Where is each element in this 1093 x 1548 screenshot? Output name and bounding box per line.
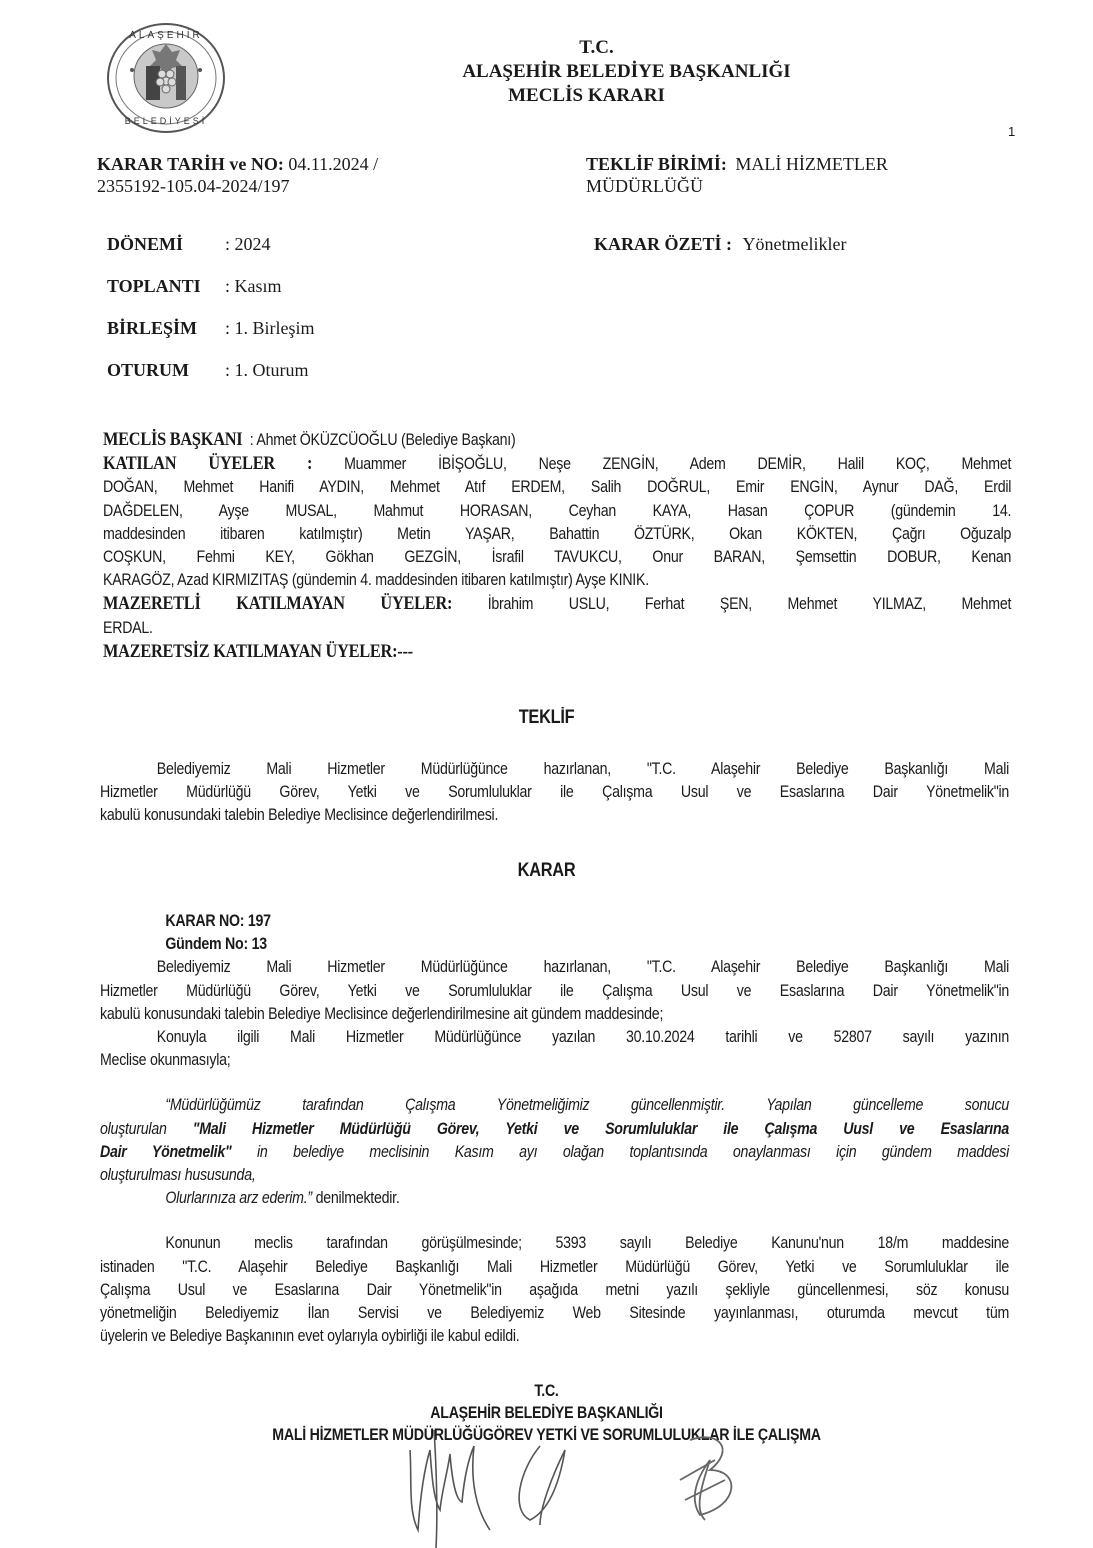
mazeretsiz-label: MAZERETSİZ KATILMAYAN ÜYELER:--- — [103, 641, 413, 662]
oturum-row: OTURUM: 1. Oturum — [107, 359, 309, 381]
karar-ozeti-value: Yönetmelikler — [743, 234, 847, 254]
katilan-line-5: KARAGÖZ, Azad KIRMIZITAŞ (gündemin 4. ma… — [103, 569, 1011, 592]
oturum-label: OTURUM — [107, 359, 225, 381]
katilan-line-4: COŞKUN, Fehmi KEY, Gökhan GEZGİN, İsrafi… — [103, 546, 1011, 569]
mazeretli-line-2: ERDAL. — [103, 617, 1011, 640]
meclis-baskani-value: : Ahmet ÖKÜZCÜOĞLU (Belediye Başkanı) — [250, 431, 516, 449]
quote-line-4: oluşturulması hususunda, — [100, 1164, 1009, 1187]
mazeretli-value: İbrahim USLU, Ferhat ŞEN, Mehmet YILMAZ,… — [488, 595, 1011, 613]
donemi-row: DÖNEMİ: 2024 — [107, 233, 271, 255]
karar-heading: KARAR — [0, 860, 1093, 882]
signature-2-icon — [519, 1446, 565, 1525]
regulation-title-end: Dair Yönetmelik" — [100, 1143, 231, 1161]
karar-p1-line-0: Belediyemiz Mali Hizmetler Müdürlüğünce … — [100, 956, 1009, 979]
katilan-text: Muammer İBİŞOĞLU, Neşe ZENGİN, Adem DEMİ… — [344, 455, 1011, 473]
meclis-baskani-label: MECLİS BAŞKANI — [103, 429, 242, 450]
svg-text:BELEDİYESİ: BELEDİYESİ — [125, 116, 208, 126]
karar-tarih-no: KARAR TARİH ve NO: 04.11.2024 / 2355192-… — [97, 153, 378, 197]
quote-text: in belediye meclisinin Kasım ayı olağan … — [231, 1143, 1009, 1161]
karar-p2-line-0: Konuyla ilgili Mali Hizmetler Müdürlüğün… — [100, 1026, 1009, 1049]
header-decision-title: MECLİS KARARI — [40, 84, 1093, 108]
karar-ozeti-label: KARAR ÖZETİ : — [594, 233, 732, 255]
quote-line-5: Olurlarınıza arz ederim.” denilmektedir. — [100, 1187, 1009, 1210]
teklif-birimi-value-2: MÜDÜRLÜĞÜ — [586, 176, 703, 196]
quote-line-2: oluşturulan "Mali Hizmetler Müdürlüğü Gö… — [100, 1118, 1009, 1141]
teklif-birimi-label: TEKLİF BİRİMİ: — [586, 153, 727, 175]
meclis-baskani-row: MECLİS BAŞKANI : Ahmet ÖKÜZCÜOĞLU (Beled… — [103, 428, 1011, 452]
teklif-line-1: Hizmetler Müdürlüğü Görev, Yetki ve Soru… — [100, 781, 1009, 804]
katilan-line-1: DOĞAN, Mehmet Hanifi AYDIN, Mehmet Atıf … — [103, 476, 1011, 499]
katilan-line-3: maddesinden itibaren katılmıştır) Metin … — [103, 523, 1011, 546]
karar-no-value: 2355192-105.04-2024/197 — [97, 176, 290, 196]
mazeretli-row: MAZERETLİ KATILMAYAN ÜYELER: İbrahim USL… — [103, 592, 1011, 616]
toplanti-value: : Kasım — [225, 276, 282, 296]
karar-p1-line-1: Hizmetler Müdürlüğü Görev, Yetki ve Soru… — [100, 980, 1009, 1003]
header-tc: T.C. — [50, 36, 1093, 60]
quote-text: oluşturulan — [100, 1120, 193, 1138]
toplanti-row: TOPLANTI: Kasım — [107, 275, 282, 297]
karar-tarih-label: KARAR TARİH ve NO: — [97, 153, 284, 175]
signature-3-icon — [680, 1437, 731, 1520]
mazeretsiz-row: MAZERETSİZ KATILMAYAN ÜYELER:--- — [103, 640, 1011, 664]
katilan-line-2: DAĞDELEN, Ayşe MUSAL, Mahmut HORASAN, Ce… — [103, 500, 1011, 523]
teklif-heading: TEKLİF — [0, 707, 1093, 729]
karar-no: KARAR NO: 197 — [100, 910, 1009, 933]
teklif-birimi-value: MALİ HİZMETLER — [735, 154, 887, 174]
karar-p3-line-4: üyelerin ve Belediye Başkanının evet oyl… — [100, 1325, 1009, 1348]
donemi-label: DÖNEMİ — [107, 233, 225, 255]
karar-p1-line-2: kabulü konusundaki talebin Belediye Mecl… — [100, 1003, 1009, 1026]
attendance-section: MECLİS BAŞKANI : Ahmet ÖKÜZCÜOĞLU (Beled… — [103, 428, 1011, 664]
quote-suffix: denilmektedir. — [312, 1189, 400, 1207]
birlesim-value: : 1. Birleşim — [225, 318, 315, 338]
mazeretli-label: MAZERETLİ KATILMAYAN ÜYELER: — [103, 593, 452, 614]
teklif-line-0: Belediyemiz Mali Hizmetler Müdürlüğünce … — [100, 758, 1009, 781]
katilan-label: KATILAN ÜYELER : — [103, 453, 312, 474]
karar-section: KARAR NO: 197 Gündem No: 13 Belediyemiz … — [100, 910, 1009, 1348]
quote-line-3: Dair Yönetmelik" in belediye meclisinin … — [100, 1141, 1009, 1164]
footer-tc: T.C. — [0, 1380, 1093, 1402]
regulation-title: "Mali Hizmetler Müdürlüğü Görev, Yetki v… — [193, 1120, 1009, 1138]
signatures — [390, 1410, 790, 1548]
karar-p2-line-1: Meclise okunmasıyla; — [100, 1049, 1009, 1072]
oturum-value: : 1. Oturum — [225, 360, 309, 380]
birlesim-label: BİRLEŞİM — [107, 317, 225, 339]
toplanti-label: TOPLANTI — [107, 275, 225, 297]
teklif-birimi: TEKLİF BİRİMİ: MALİ HİZMETLER MÜDÜRLÜĞÜ — [586, 153, 888, 197]
gundem-no: Gündem No: 13 — [100, 933, 1009, 956]
donemi-value: : 2024 — [225, 234, 271, 254]
birlesim-row: BİRLEŞİM: 1. Birleşim — [107, 317, 315, 339]
karar-ozeti-row: KARAR ÖZETİ : Yönetmelikler — [594, 233, 846, 255]
karar-p3-line-0: Konunun meclis tarafından görüşülmesinde… — [100, 1232, 1009, 1255]
teklif-line-2: kabulü konusundaki talebin Belediye Mecl… — [100, 804, 1009, 827]
karar-tarih-value: 04.11.2024 / — [288, 154, 378, 174]
teklif-paragraph: Belediyemiz Mali Hizmetler Müdürlüğünce … — [100, 758, 1009, 828]
karar-p3-line-2: Çalışma Usul ve Esaslarına Dair Yönetmel… — [100, 1279, 1009, 1302]
signature-1-icon — [410, 1430, 490, 1548]
karar-p3-line-1: istinaden "T.C. Alaşehir Belediye Başkan… — [100, 1256, 1009, 1279]
header-municipality: ALAŞEHİR BELEDİYE BAŞKANLIĞI — [80, 60, 1093, 84]
quote-line-1: “Müdürlüğümüz tarafından Çalışma Yönetme… — [100, 1094, 1009, 1117]
karar-p3-line-3: yönetmeliğin Belediyemiz İlan Servisi ve… — [100, 1302, 1009, 1325]
page-number: 1 — [1008, 124, 1015, 139]
katilan-line-0: KATILAN ÜYELER : Muammer İBİŞOĞLU, Neşe … — [103, 452, 1011, 476]
quote-closing: Olurlarınıza arz ederim.” — [165, 1189, 312, 1207]
